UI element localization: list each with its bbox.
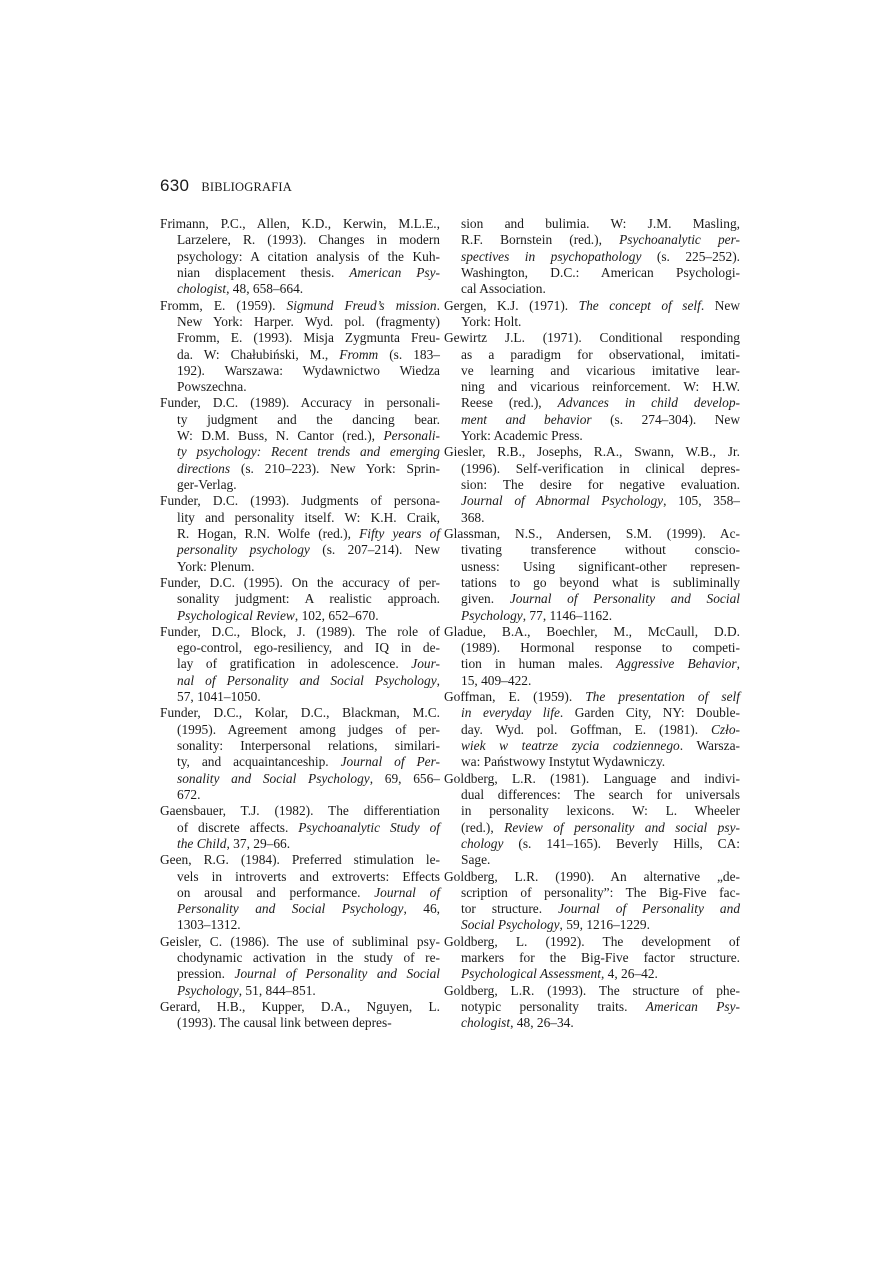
entry-line: ve learning and vicarious imitative lear… xyxy=(444,363,740,379)
text: dual differences: The search for univers… xyxy=(461,787,740,802)
text: Funder, D.C. (1993). Judgments of person… xyxy=(160,493,440,508)
text: W: D.M. Buss, N. Cantor (red.), xyxy=(177,428,383,443)
bibliography-entry: Frimann, P.C., Allen, K.D., Kerwin, M.L.… xyxy=(160,216,440,298)
italic-text: Journal of Personality and Social xyxy=(510,591,740,606)
entry-line: 672. xyxy=(160,787,440,803)
entry-line: Reese (red.), Advances in child develop- xyxy=(444,395,740,411)
text: wa: Państwowy Instytut Wydawniczy. xyxy=(461,754,665,769)
entry-line: York: Academic Press. xyxy=(444,428,740,444)
entry-line: (1993). The causal link between depres- xyxy=(160,1015,440,1031)
text: New York: Harper. Wyd. pol. (fragmenty) xyxy=(177,314,440,329)
text: 192). Warszawa: Wydawnictwo Wiedza xyxy=(177,363,440,378)
italic-text: Aggressive Behavior xyxy=(616,656,737,671)
entry-line: Psychological Assessment, 4, 26–42. xyxy=(444,966,740,982)
text: Funder, D.C., Kolar, D.C., Blackman, M.C… xyxy=(160,705,440,720)
text: notypic personality traits. xyxy=(461,999,646,1014)
text: lity and personality itself. W: K.H. Cra… xyxy=(177,510,440,525)
entry-line: (1995). Agreement among judges of per- xyxy=(160,722,440,738)
text: , xyxy=(437,673,440,688)
entry-line: cal Association. xyxy=(444,281,740,297)
bibliography-entry: Funder, D.C. (1993). Judgments of person… xyxy=(160,493,440,575)
bibliography-entry: Funder, D.C., Kolar, D.C., Blackman, M.C… xyxy=(160,705,440,803)
entry-line: Geisler, C. (1986). The use of sublimina… xyxy=(160,934,440,950)
bibliography-entry: Fromm, E. (1959). Sigmund Freud’s missio… xyxy=(160,298,440,396)
bibliography-entry: Goldberg, L.R. (1993). The structure of … xyxy=(444,983,740,1032)
entry-line: given. Journal of Personality and Social xyxy=(444,591,740,607)
entry-line: nal of Personality and Social Psychology… xyxy=(160,673,440,689)
text: ning and vicarious reinforcement. W: H.W… xyxy=(461,379,740,394)
entry-line: markers for the Big-Five factor structur… xyxy=(444,950,740,966)
text: 368. xyxy=(461,510,484,525)
bibliography-entry: Gewirtz J.L. (1971). Conditional respond… xyxy=(444,330,740,444)
entry-line: Funder, D.C., Kolar, D.C., Blackman, M.C… xyxy=(160,705,440,721)
italic-text: Personality and Social Psychology xyxy=(177,901,403,916)
text: . New xyxy=(701,298,740,313)
text: , 37, 29–66. xyxy=(226,836,290,851)
text: (s. 274–304). New xyxy=(592,412,740,427)
text: R.F. Bornstein (red.), xyxy=(461,232,619,247)
italic-text: Fromm xyxy=(339,347,378,362)
entry-line: ego-control, ego-resiliency, and IQ in d… xyxy=(160,640,440,656)
entry-line: notypic personality traits. American Psy… xyxy=(444,999,740,1015)
italic-text: Czło- xyxy=(711,722,740,737)
text: (s. 225–252). xyxy=(641,249,740,264)
entry-line: R. Hogan, R.N. Wolfe (red.), Fifty years… xyxy=(160,526,440,542)
page-header: 630 BIBLIOGRAFIA xyxy=(160,176,292,198)
entry-line: Glassman, N.S., Andersen, S.M. (1999). A… xyxy=(444,526,740,542)
bibliography-column-right: sion and bulimia. W: J.M. Masling,R.F. B… xyxy=(444,216,740,1032)
text: tations to go beyond what is subliminall… xyxy=(461,575,740,590)
entry-line: as a paradigm for observational, imitati… xyxy=(444,347,740,363)
entry-line: Geen, R.G. (1984). Preferred stimulation… xyxy=(160,852,440,868)
italic-text: personality psychology xyxy=(177,542,310,557)
bibliography-entry: sion and bulimia. W: J.M. Masling,R.F. B… xyxy=(444,216,740,298)
text: usness: Using significant-other represen… xyxy=(461,559,740,574)
entry-line: Gergen, K.J. (1971). The concept of self… xyxy=(444,298,740,314)
entry-line: tivating transference without conscio- xyxy=(444,542,740,558)
italic-text: Fifty years of xyxy=(359,526,440,541)
text: Goldberg, L. (1992). The development of xyxy=(444,934,740,949)
entry-line: Psychology, 77, 1146–1162. xyxy=(444,608,740,624)
entry-line: directions (s. 210–223). New York: Sprin… xyxy=(160,461,440,477)
entry-line: Gerard, H.B., Kupper, D.A., Nguyen, L. xyxy=(160,999,440,1015)
entry-line: vels in introverts and extroverts: Effec… xyxy=(160,869,440,885)
italic-text: directions xyxy=(177,461,230,476)
entry-line: psychology: A citation analysis of the K… xyxy=(160,249,440,265)
entry-line: Gewirtz J.L. (1971). Conditional respond… xyxy=(444,330,740,346)
italic-text: sonality and Social Psychology xyxy=(177,771,370,786)
entry-line: wiek w teatrze zycia codziennego. Warsza… xyxy=(444,738,740,754)
text: (1995). Agreement among judges of per- xyxy=(177,722,440,737)
text: Fromm, E. (1993). Misja Zygmunta Freu- xyxy=(177,330,440,345)
entry-line: spectives in psychopathology (s. 225–252… xyxy=(444,249,740,265)
italic-text: nal of Personality and Social Psychology xyxy=(177,673,437,688)
entry-line: ger-Verlag. xyxy=(160,477,440,493)
text: , 102, 652–670. xyxy=(295,608,379,623)
italic-text: Journal of Personality and xyxy=(558,901,740,916)
text: as a paradigm for observational, imitati… xyxy=(461,347,740,362)
text: , 77, 1146–1162. xyxy=(523,608,612,623)
bibliography-column-left: Frimann, P.C., Allen, K.D., Kerwin, M.L.… xyxy=(160,216,440,1032)
entry-line: day. Wyd. pol. Goffman, E. (1981). Czło- xyxy=(444,722,740,738)
bibliography-entry: Goldberg, L.R. (1981). Language and indi… xyxy=(444,771,740,869)
entry-line: Goldberg, L.R. (1990). An alternative „d… xyxy=(444,869,740,885)
entry-line: Sage. xyxy=(444,852,740,868)
entry-line: Fromm, E. (1959). Sigmund Freud’s missio… xyxy=(160,298,440,314)
italic-text: Psychological Review xyxy=(177,608,295,623)
entry-line: pression. Journal of Personality and Soc… xyxy=(160,966,440,982)
bibliography-entry: Funder, D.C., Block, J. (1989). The role… xyxy=(160,624,440,706)
page-number: 630 xyxy=(160,176,189,195)
entry-line: Funder, D.C. (1989). Accuracy in persona… xyxy=(160,395,440,411)
text: tivating transference without conscio- xyxy=(461,542,740,557)
entry-line: da. W: Chałubiński, M., Fromm (s. 183– xyxy=(160,347,440,363)
text: da. W: Chałubiński, M., xyxy=(177,347,339,362)
running-title: BIBLIOGRAFIA xyxy=(201,180,292,194)
entry-line: chodynamic activation in the study of re… xyxy=(160,950,440,966)
bibliography-entry: Gladue, B.A., Boechler, M., McCaull, D.D… xyxy=(444,624,740,689)
entry-line: the Child, 37, 29–66. xyxy=(160,836,440,852)
entry-line: Powszechna. xyxy=(160,379,440,395)
text: , 59, 1216–1229. xyxy=(560,917,650,932)
entry-line: W: D.M. Buss, N. Cantor (red.), Personal… xyxy=(160,428,440,444)
italic-text: ty psychology: Recent trends and emergin… xyxy=(177,444,440,459)
text: on arousal and performance. xyxy=(177,885,374,900)
text: sion and bulimia. W: J.M. Masling, xyxy=(461,216,740,231)
entry-line: chologist, 48, 26–34. xyxy=(444,1015,740,1031)
text: Goldberg, L.R. (1981). Language and indi… xyxy=(444,771,740,786)
bibliography-entry: Goldberg, L. (1992). The development ofm… xyxy=(444,934,740,983)
bibliography-entry: Geen, R.G. (1984). Preferred stimulation… xyxy=(160,852,440,934)
text: nian displacement thesis. xyxy=(177,265,349,280)
bibliography-entry: Goldberg, L.R. (1990). An alternative „d… xyxy=(444,869,740,934)
text: , xyxy=(737,656,740,671)
italic-text: Psychoanalytic per- xyxy=(619,232,740,247)
entry-line: Goldberg, L. (1992). The development of xyxy=(444,934,740,950)
entry-line: tations to go beyond what is subliminall… xyxy=(444,575,740,591)
italic-text: Jour- xyxy=(411,656,440,671)
entry-line: Washington, D.C.: American Psychologi- xyxy=(444,265,740,281)
text: Gerard, H.B., Kupper, D.A., Nguyen, L. xyxy=(160,999,440,1014)
text: sion: The desire for negative evaluation… xyxy=(461,477,740,492)
text: markers for the Big-Five factor structur… xyxy=(461,950,740,965)
entry-line: sion: The desire for negative evaluation… xyxy=(444,477,740,493)
text: , 4, 26–42. xyxy=(601,966,658,981)
italic-text: Social Psychology xyxy=(461,917,560,932)
entry-line: Funder, D.C. (1993). Judgments of person… xyxy=(160,493,440,509)
text: ger-Verlag. xyxy=(177,477,237,492)
text: . Warsza- xyxy=(680,738,740,753)
text: , 69, 656– xyxy=(370,771,440,786)
text: York: Plenum. xyxy=(177,559,255,574)
entry-line: scription of personality”: The Big-Five … xyxy=(444,885,740,901)
entry-line: York: Holt. xyxy=(444,314,740,330)
text: chodynamic activation in the study of re… xyxy=(177,950,440,965)
entry-line: Psychological Review, 102, 652–670. xyxy=(160,608,440,624)
italic-text: Personali- xyxy=(383,428,440,443)
italic-text: Review of personality and social psy- xyxy=(504,820,740,835)
entry-line: Goldberg, L.R. (1981). Language and indi… xyxy=(444,771,740,787)
italic-text: ment and behavior xyxy=(461,412,592,427)
entry-line: Psychology, 51, 844–851. xyxy=(160,983,440,999)
entry-line: personality psychology (s. 207–214). New xyxy=(160,542,440,558)
text: in personality lexicons. W: L. Wheeler xyxy=(461,803,740,818)
entry-line: sonality: Interpersonal relations, simil… xyxy=(160,738,440,754)
text: of discrete affects. xyxy=(177,820,298,835)
italic-text: Psychology xyxy=(461,608,523,623)
text: given. xyxy=(461,591,510,606)
text: ty judgment and the dancing bear. xyxy=(177,412,440,427)
entry-line: 368. xyxy=(444,510,740,526)
entry-line: chologist, 48, 658–664. xyxy=(160,281,440,297)
text: Gaensbauer, T.J. (1982). The differentia… xyxy=(160,803,440,818)
text: . Garden City, NY: Double- xyxy=(560,705,740,720)
italic-text: chologist xyxy=(461,1015,510,1030)
entry-line: (1989). Hormonal response to competi- xyxy=(444,640,740,656)
text: , 48, 26–34. xyxy=(510,1015,574,1030)
text: , 46, xyxy=(403,901,440,916)
text: sonality: Interpersonal relations, simil… xyxy=(177,738,440,753)
entry-line: of discrete affects. Psychoanalytic Stud… xyxy=(160,820,440,836)
entry-line: Goffman, E. (1959). The presentation of … xyxy=(444,689,740,705)
text: (s. 141–165). Beverly Hills, CA: xyxy=(503,836,740,851)
text: psychology: A citation analysis of the K… xyxy=(177,249,440,264)
italic-text: The concept of self xyxy=(579,298,701,313)
entry-line: Larzelere, R. (1993). Changes in modern xyxy=(160,232,440,248)
entry-line: ty, and acquaintanceship. Journal of Per… xyxy=(160,754,440,770)
entry-line: dual differences: The search for univers… xyxy=(444,787,740,803)
text: . xyxy=(437,298,440,313)
text: (1996). Self-verification in clinical de… xyxy=(461,461,740,476)
entry-line: Social Psychology, 59, 1216–1229. xyxy=(444,917,740,933)
entry-line: sion and bulimia. W: J.M. Masling, xyxy=(444,216,740,232)
entry-line: sonality judgment: A realistic approach. xyxy=(160,591,440,607)
entry-line: 1303–1312. xyxy=(160,917,440,933)
entry-line: Personality and Social Psychology, 46, xyxy=(160,901,440,917)
text: Funder, D.C. (1989). Accuracy in persona… xyxy=(160,395,440,410)
text: 1303–1312. xyxy=(177,917,241,932)
entry-line: Frimann, P.C., Allen, K.D., Kerwin, M.L.… xyxy=(160,216,440,232)
text: (1993). The causal link between depres- xyxy=(177,1015,392,1030)
bibliography-entry: Goffman, E. (1959). The presentation of … xyxy=(444,689,740,771)
text: Gewirtz J.L. (1971). Conditional respond… xyxy=(444,330,740,345)
entry-line: wa: Państwowy Instytut Wydawniczy. xyxy=(444,754,740,770)
entry-line: Giesler, R.B., Josephs, R.A., Swann, W.B… xyxy=(444,444,740,460)
text: (s. 183– xyxy=(378,347,440,362)
entry-line: Goldberg, L.R. (1993). The structure of … xyxy=(444,983,740,999)
italic-text: Journal of Personality and Social xyxy=(235,966,440,981)
text: R. Hogan, R.N. Wolfe (red.), xyxy=(177,526,359,541)
entry-line: (1996). Self-verification in clinical de… xyxy=(444,461,740,477)
text: lay of gratification in adolescence. xyxy=(177,656,411,671)
text: Geisler, C. (1986). The use of sublimina… xyxy=(160,934,440,949)
text: ty, and acquaintanceship. xyxy=(177,754,341,769)
bibliography-entry: Funder, D.C. (1989). Accuracy in persona… xyxy=(160,395,440,493)
entry-line: Gaensbauer, T.J. (1982). The differentia… xyxy=(160,803,440,819)
text: Gladue, B.A., Boechler, M., McCaull, D.D… xyxy=(444,624,740,639)
entry-line: on arousal and performance. Journal of xyxy=(160,885,440,901)
entry-line: lay of gratification in adolescence. Jou… xyxy=(160,656,440,672)
italic-text: chologist xyxy=(177,281,226,296)
entry-line: ty psychology: Recent trends and emergin… xyxy=(160,444,440,460)
entry-line: in everyday life. Garden City, NY: Doubl… xyxy=(444,705,740,721)
text: day. Wyd. pol. Goffman, E. (1981). xyxy=(461,722,711,737)
bibliography-entry: Giesler, R.B., Josephs, R.A., Swann, W.B… xyxy=(444,444,740,526)
text: Gergen, K.J. (1971). xyxy=(444,298,579,313)
entry-line: 57, 1041–1050. xyxy=(160,689,440,705)
text: Washington, D.C.: American Psychologi- xyxy=(461,265,740,280)
text: , 51, 844–851. xyxy=(239,983,316,998)
text: Fromm, E. (1959). xyxy=(160,298,287,313)
text: tor structure. xyxy=(461,901,558,916)
italic-text: Journal of xyxy=(374,885,440,900)
entry-line: ment and behavior (s. 274–304). New xyxy=(444,412,740,428)
text: 57, 1041–1050. xyxy=(177,689,261,704)
entry-line: sonality and Social Psychology, 69, 656– xyxy=(160,771,440,787)
italic-text: wiek w teatrze zycia codziennego xyxy=(461,738,680,753)
text: scription of personality”: The Big-Five … xyxy=(461,885,740,900)
italic-text: Journal of Abnormal Psychology xyxy=(461,493,663,508)
text: ve learning and vicarious imitative lear… xyxy=(461,363,740,378)
entry-line: R.F. Bornstein (red.), Psychoanalytic pe… xyxy=(444,232,740,248)
italic-text: The presentation of self xyxy=(585,689,740,704)
entry-line: Funder, D.C., Block, J. (1989). The role… xyxy=(160,624,440,640)
text: ego-control, ego-resiliency, and IQ in d… xyxy=(177,640,440,655)
text: (s. 210–223). New York: Sprin- xyxy=(230,461,440,476)
italic-text: American Psy- xyxy=(349,265,440,280)
entry-line: Journal of Abnormal Psychology, 105, 358… xyxy=(444,493,740,509)
entry-line: lity and personality itself. W: K.H. Cra… xyxy=(160,510,440,526)
italic-text: Psychological Assessment xyxy=(461,966,601,981)
entry-line: York: Plenum. xyxy=(160,559,440,575)
italic-text: Advances in child develop- xyxy=(558,395,740,410)
entry-line: New York: Harper. Wyd. pol. (fragmenty) xyxy=(160,314,440,330)
text: pression. xyxy=(177,966,235,981)
entry-line: nian displacement thesis. American Psy- xyxy=(160,265,440,281)
italic-text: spectives in psychopathology xyxy=(461,249,641,264)
entry-line: Fromm, E. (1993). Misja Zygmunta Freu- xyxy=(160,330,440,346)
text: Larzelere, R. (1993). Changes in modern xyxy=(177,232,440,247)
text: (red.), xyxy=(461,820,504,835)
text: Funder, D.C., Block, J. (1989). The role… xyxy=(160,624,440,639)
text: Sage. xyxy=(461,852,490,867)
text: York: Academic Press. xyxy=(461,428,583,443)
text: (s. 207–214). New xyxy=(310,542,440,557)
bibliography-entry: Glassman, N.S., Andersen, S.M. (1999). A… xyxy=(444,526,740,624)
italic-text: in everyday life xyxy=(461,705,560,720)
entry-line: in personality lexicons. W: L. Wheeler xyxy=(444,803,740,819)
entry-line: Funder, D.C. (1995). On the accuracy of … xyxy=(160,575,440,591)
entry-line: tor structure. Journal of Personality an… xyxy=(444,901,740,917)
text: Goldberg, L.R. (1993). The structure of … xyxy=(444,983,740,998)
italic-text: Psychoanalytic Study of xyxy=(298,820,440,835)
text: Frimann, P.C., Allen, K.D., Kerwin, M.L.… xyxy=(160,216,440,231)
text: , 48, 658–664. xyxy=(226,281,303,296)
bibliography-entry: Geisler, C. (1986). The use of sublimina… xyxy=(160,934,440,999)
italic-text: Journal of Per- xyxy=(341,754,440,769)
text: (1989). Hormonal response to competi- xyxy=(461,640,740,655)
text: sonality judgment: A realistic approach. xyxy=(177,591,440,606)
text: Reese (red.), xyxy=(461,395,558,410)
text: tion in human males. xyxy=(461,656,616,671)
italic-text: the Child xyxy=(177,836,226,851)
entry-line: tion in human males. Aggressive Behavior… xyxy=(444,656,740,672)
bibliography-entry: Gaensbauer, T.J. (1982). The differentia… xyxy=(160,803,440,852)
text: cal Association. xyxy=(461,281,546,296)
text: vels in introverts and extroverts: Effec… xyxy=(177,869,440,884)
text: Goldberg, L.R. (1990). An alternative „d… xyxy=(444,869,740,884)
entry-line: ty judgment and the dancing bear. xyxy=(160,412,440,428)
text: 15, 409–422. xyxy=(461,673,531,688)
text: Goffman, E. (1959). xyxy=(444,689,585,704)
text: 672. xyxy=(177,787,200,802)
entry-line: (red.), Review of personality and social… xyxy=(444,820,740,836)
text: Glassman, N.S., Andersen, S.M. (1999). A… xyxy=(444,526,740,541)
italic-text: American Psy- xyxy=(646,999,740,1014)
bibliography-entry: Funder, D.C. (1995). On the accuracy of … xyxy=(160,575,440,624)
text: , 105, 358– xyxy=(663,493,740,508)
entry-line: usness: Using significant-other represen… xyxy=(444,559,740,575)
text: Giesler, R.B., Josephs, R.A., Swann, W.B… xyxy=(444,444,740,459)
bibliography-entry: Gerard, H.B., Kupper, D.A., Nguyen, L.(1… xyxy=(160,999,440,1032)
text: Powszechna. xyxy=(177,379,247,394)
italic-text: chology xyxy=(461,836,503,851)
entry-line: chology (s. 141–165). Beverly Hills, CA: xyxy=(444,836,740,852)
entry-line: Gladue, B.A., Boechler, M., McCaull, D.D… xyxy=(444,624,740,640)
text: Funder, D.C. (1995). On the accuracy of … xyxy=(160,575,440,590)
entry-line: ning and vicarious reinforcement. W: H.W… xyxy=(444,379,740,395)
bibliography-entry: Gergen, K.J. (1971). The concept of self… xyxy=(444,298,740,331)
text: York: Holt. xyxy=(461,314,521,329)
entry-line: 192). Warszawa: Wydawnictwo Wiedza xyxy=(160,363,440,379)
text: Geen, R.G. (1984). Preferred stimulation… xyxy=(160,852,440,867)
entry-line: 15, 409–422. xyxy=(444,673,740,689)
italic-text: Psychology xyxy=(177,983,239,998)
italic-text: Sigmund Freud’s mission xyxy=(287,298,437,313)
